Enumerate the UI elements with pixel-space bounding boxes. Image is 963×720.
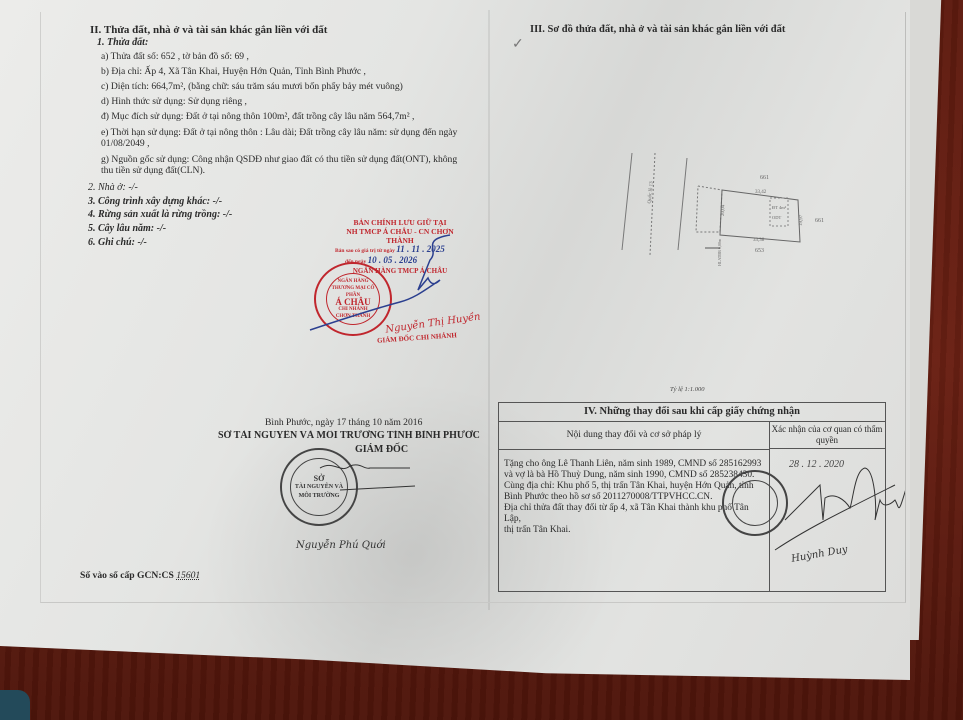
bottom-edge-length: 33,38 <box>753 238 764 243</box>
section-iii-title: III. Sơ đồ thửa đất, nhà ở và tài sản kh… <box>530 24 785 35</box>
change-line: và vợ là bà Hồ Thuỳ Dung, năm sinh 1990,… <box>504 470 766 481</box>
confirmation-signature-stroke <box>765 460 905 560</box>
corridor-label: HLATĐB 0,00m <box>717 239 722 266</box>
bank-stamp-line1: BẢN CHÍNH LƯU GIỮ TẠI <box>335 218 465 227</box>
changes-content-header: Nội dung thay đổi và cơ sở pháp lý <box>499 421 770 450</box>
issuer-title: GIÁM ĐỐC <box>355 444 408 455</box>
house-area-label: ĐT 4m² <box>772 205 786 210</box>
land-parcel-diagram: Quốc lộ 13 661 661 653 33,42 33,38 20,04… <box>610 150 840 270</box>
land-item-term: e) Thời hạn sử dụng: Đất ở tại nông thôn… <box>101 127 461 149</box>
east-parcel-number: 661 <box>815 218 824 224</box>
land-item-purpose: đ) Mục đích sử dụng: Đất ở tại nông thôn… <box>101 111 414 122</box>
changes-table-title: IV. Những thay đổi sau khi cấp giấy chứn… <box>499 403 885 422</box>
item-house: 2. Nhà ở: -/- <box>88 182 138 193</box>
item-other-construction: 3. Công trình xây dựng khác: -/- <box>88 196 222 207</box>
land-certificate-paper: II. Thửa đất, nhà ở và tài sản khác gắn … <box>0 0 910 680</box>
land-item-address: b) Địa chỉ: Ấp 4, Xã Tân Khai, Huyện Hớn… <box>101 66 366 77</box>
changes-confirmation-header: Xác nhận của cơ quan có thẩm quyền <box>769 421 885 449</box>
land-heading: 1. Thửa đất: <box>97 37 148 48</box>
land-item-usage-form: d) Hình thức sử dụng: Sử dụng riêng , <box>101 96 247 107</box>
issue-place-date: Bình Phước, ngày 17 tháng 10 năm 2016 <box>265 417 422 428</box>
item-perennial-trees: 5. Cây lâu năm: -/- <box>88 223 166 234</box>
south-parcel-number: 653 <box>755 248 764 254</box>
check-mark-icon: ✓ <box>512 36 524 53</box>
top-edge-length: 33,42 <box>755 190 766 195</box>
left-edge-length: 20,04 <box>721 205 726 216</box>
map-scale: Tỷ lệ 1:1.000 <box>670 384 704 395</box>
director-signature-stroke <box>300 460 420 500</box>
north-parcel-number: 661 <box>760 175 769 181</box>
registry-number: 15601 <box>176 570 200 581</box>
item-notes: 6. Ghi chú: -/- <box>88 237 147 248</box>
item-production-forest: 4. Rừng sản xuất là rừng trồng: -/- <box>88 209 232 220</box>
change-line: Tặng cho ông Lê Thanh Liên, năm sinh 198… <box>504 459 766 470</box>
land-item-origin: g) Nguồn gốc sử dụng: Công nhận QSDĐ như… <box>101 154 461 176</box>
section-ii-title: II. Thửa đất, nhà ở và tài sản khác gắn … <box>90 24 327 36</box>
house-code-label: ODT <box>772 215 781 220</box>
right-edge-length: 19,97 <box>799 215 804 226</box>
land-item-parcel: a) Thửa đất số: 652 , tờ bản đồ số: 69 , <box>101 51 249 62</box>
registry-number-line: Số vào sổ cấp GCN:CS 15601 <box>80 570 200 581</box>
land-item-area: c) Diện tích: 664,7m², (bằng chữ: sáu tr… <box>101 81 403 92</box>
issuing-authority: SỞ TÀI NGUYÊN VÀ MÔI TRƯỜNG TỈNH BÌNH PH… <box>218 430 486 441</box>
change-line: thị trấn Tân Khai. <box>504 525 766 536</box>
corner-object <box>0 690 30 720</box>
director-name: Nguyễn Phú Quới <box>296 540 386 551</box>
registry-label: Số vào sổ cấp GCN:CS <box>80 570 174 581</box>
